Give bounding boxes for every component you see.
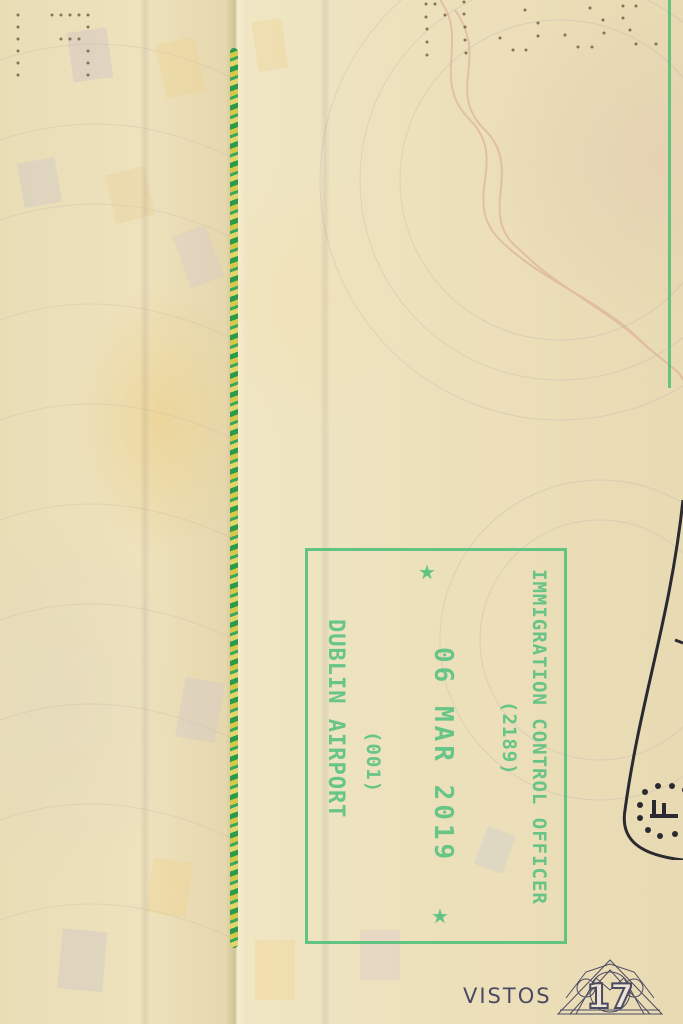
binding-thread	[230, 48, 238, 948]
stamp-officer-number: (2189)	[498, 701, 520, 776]
partial-green-stamp-edge	[668, 0, 671, 388]
stamp-location: DUBLIN AIRPORT	[323, 619, 348, 818]
stamp-officer-title: IMMIGRATION CONTROL OFFICER	[528, 569, 550, 905]
geometric-17-emblem-icon: 17	[556, 958, 664, 1018]
logo-wordmark: VISTOS	[463, 984, 552, 1018]
immigration-entry-stamp: ★ IMMIGRATION CONTROL OFFICER (2189) 06 …	[305, 548, 567, 944]
svg-text:17: 17	[586, 977, 633, 1017]
stamp-date: 06 MAR 2019	[428, 647, 458, 863]
stamp-desk-number: (001)	[362, 731, 384, 793]
vistos-17-logo: VISTOS 17	[463, 958, 664, 1018]
passport-photo: ★ IMMIGRATION CONTROL OFFICER (2189) 06 …	[0, 0, 683, 1024]
page-fold-line	[140, 0, 150, 1024]
star-icon: ★	[418, 563, 436, 583]
star-icon: ★	[431, 907, 449, 927]
partial-black-stamp	[600, 500, 683, 860]
